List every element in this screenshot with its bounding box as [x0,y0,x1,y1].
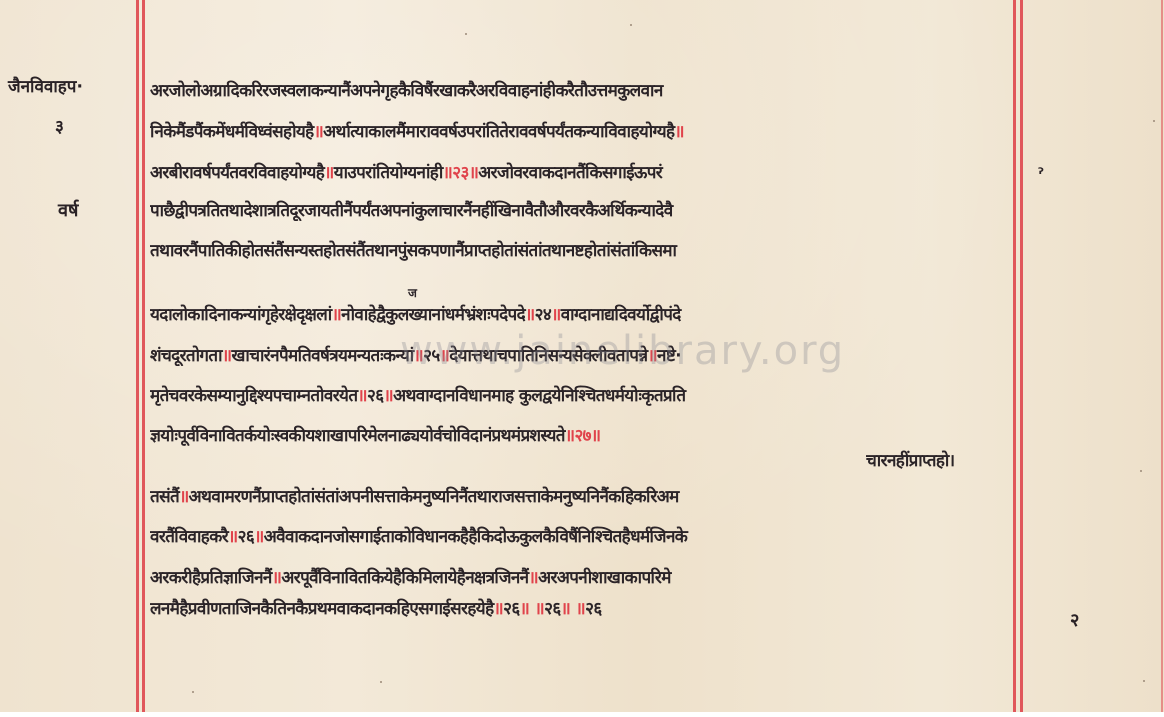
text-line: लनमैहैप्रवीणताजिनकैतिनकैप्रथमवाकदानकहिएस… [150,596,1012,619]
paper-speck [1143,680,1145,682]
rubric-mark: ॥ [535,599,545,619]
text-line-continuation: चारनहींप्राप्तहो। [866,448,1012,471]
text-segment: अरपूर्वैंविनावितकियेहैकिमिलायेहैनक्षत्रज… [281,568,528,588]
text-segment: अर्थात्याकालमैंमाराववर्षउपरांतितेराववर्ष… [323,122,674,142]
paper-speck [1140,470,1142,472]
text-segment: याउपरांतियोग्यनांही [334,163,443,183]
rubric-mark: ॥ [332,305,342,325]
text-segment: अरजोलोअग्रादिकरिरजस्वलाकन्यानैंअपनेगृहकै… [150,81,663,101]
text-segment: २६ [585,599,601,619]
text-segment: २६ [367,386,383,406]
text-segment: शंचदूरतोगता [150,346,222,366]
text-line: ज्ञयोःपूर्वविनावितर्कयोःस्वकीयशाखापरिमेल… [150,423,1012,446]
rubric-mark: ॥ [494,599,504,619]
rubric-mark: ॥ [228,527,238,547]
text-line: पाछैद्वीपत्रतितथादेशात्रतिदूरजायतीनैंपर्… [150,198,1012,221]
text-line: यदालोकादिनाकन्यांगृहेरक्षेदृक्षलां॥नोवाह… [150,302,1012,325]
text-line: अरकरीहैप्रतिज्ञाजिननैं॥अरपूर्वैंविनावितक… [150,565,1012,588]
rubric-mark: ॥२३॥ [443,163,479,183]
rubric-mark: ॥ [179,487,189,507]
text-segment: चारनहींप्राप्तहो। [866,451,955,471]
text-segment: तथावरनैंपातिकीहोतसंतैंसन्यस्तहोतसंतैंतथा… [150,241,676,261]
margin-note: वर्ष [58,198,78,222]
rubric-mark: ॥ [520,599,530,619]
text-line: अरबीरावर्षपर्यंतवरविवाहयोग्यहै॥याउपरांति… [150,160,1012,183]
text-segment: खाचारंनपैमतिवर्षत्रयमन्यतःकन्यां [232,346,414,366]
rubric-mark: ॥२७॥ [565,426,601,446]
left-margin-rule-inner [142,0,145,712]
paper-speck [192,691,194,693]
left-margin-rule-outer [136,0,139,712]
text-segment: अरबीरावर्षपर्यंतवरविवाहयोग्यहै [150,163,324,183]
text-line: अरजोलोअग्रादिकरिरजस्वलाकन्यानैंअपनेगृहकै… [150,78,1012,101]
paper-speck [380,681,382,683]
text-segment: अवैवाकदानजोसगाईताकोविधानकहैहैकिदोऊकुलकैव… [264,527,688,547]
text-segment: वरतैंविवाहकरै [150,527,228,547]
text-segment: अरअपनीशाखाकापरिमे [538,568,671,588]
text-segment: २४ [535,305,551,325]
rubric-mark: ॥ [525,305,535,325]
text-segment: अरकरीहैप्रतिज्ञाजिननैं [150,568,272,588]
page-edge-rule [1161,0,1163,712]
rubric-mark: ॥ [272,568,282,588]
rubric-mark: ॥ [314,122,324,142]
text-line: मृतेचवरकेसम्यानुद्दिश्यपचाम्नतोवरयेत॥२६॥… [150,383,1012,406]
text-line: तसंतैं॥अथवामरणनैंप्राप्तहोतांसंतांअपनीसत… [150,484,1012,507]
text-segment: वाग्दानाद्यदिवर्योद्वीपंदे [561,305,681,325]
text-segment: नोवाहेद्वैकुलख्यानांधर्मभ्रंशःपदेपदे [341,305,525,325]
text-segment: ज्ञयोःपूर्वविनावितर्कयोःस्वकीयशाखापरिमेल… [150,426,565,446]
paper-speck [1153,120,1155,122]
rubric-mark: ॥ [357,386,367,406]
rubric-mark: ॥ [561,599,571,619]
text-line: वरतैंविवाहकरै॥२६॥अवैवाकदानजोसगाईताकोविधा… [150,524,1012,547]
text-line: तथावरनैंपातिकीहोतसंतैंसन्यस्तहोतसंतैंतथा… [150,238,1012,261]
right-margin-rule-inner [1013,0,1016,712]
rubric-mark: ॥ [324,163,334,183]
text-segment: २६ [503,599,519,619]
right-margin-rule-outer [1020,0,1023,712]
manuscript-page: जैनविवाहप· ३ वर्ष ˀ २ ज अरजोलोअग्रादिकरि… [0,0,1164,712]
rubric-mark: ॥ [222,346,232,366]
right-margin-mark: ˀ [1038,164,1043,183]
interlinear-insert: ज [408,284,417,301]
text-segment: मृतेचवरकेसम्यानुद्दिश्यपचाम्नतोवरयेत [150,386,357,406]
text-segment: निकेमैंडपैंकमेंधर्मविध्वंसहोयहै [150,122,314,142]
margin-title: जैनविवाहप· [8,74,83,97]
text-line: निकेमैंडपैंकमेंधर्मविध्वंसहोयहै॥अर्थात्य… [150,119,1012,142]
rubric-mark: ॥ [254,527,264,547]
left-folio-number: ३ [55,114,64,137]
rubric-mark: ॥ [551,305,561,325]
text-segment: अथवामरणनैंप्राप्तहोतांसंतांअपनीसत्ताकेमन… [189,487,679,507]
text-segment: २६ [544,599,560,619]
right-folio-number: २ [1070,608,1079,632]
rubric-mark: ॥ [674,122,684,142]
watermark: www.jainelibrary.org [400,328,845,374]
paper-speck [630,24,632,26]
paper-speck [465,33,467,35]
rubric-mark: ॥ [576,599,586,619]
rubric-mark: ॥ [384,386,394,406]
text-segment: तसंतैं [150,487,179,507]
rubric-mark: ॥ [529,568,539,588]
text-segment: लनमैहैप्रवीणताजिनकैतिनकैप्रथमवाकदानकहिएस… [150,599,494,619]
text-segment: यदालोकादिनाकन्यांगृहेरक्षेदृक्षलां [150,305,332,325]
text-segment: अथवाग्दानविधानमाह कुलद्वयेनिश्चितधर्मयोः… [393,386,685,406]
text-segment: अरजोवरवाकदानतैंकिसगाईऊपरं [478,163,662,183]
text-segment: पाछैद्वीपत्रतितथादेशात्रतिदूरजायतीनैंपर्… [150,201,673,221]
text-segment: २६ [238,527,254,547]
